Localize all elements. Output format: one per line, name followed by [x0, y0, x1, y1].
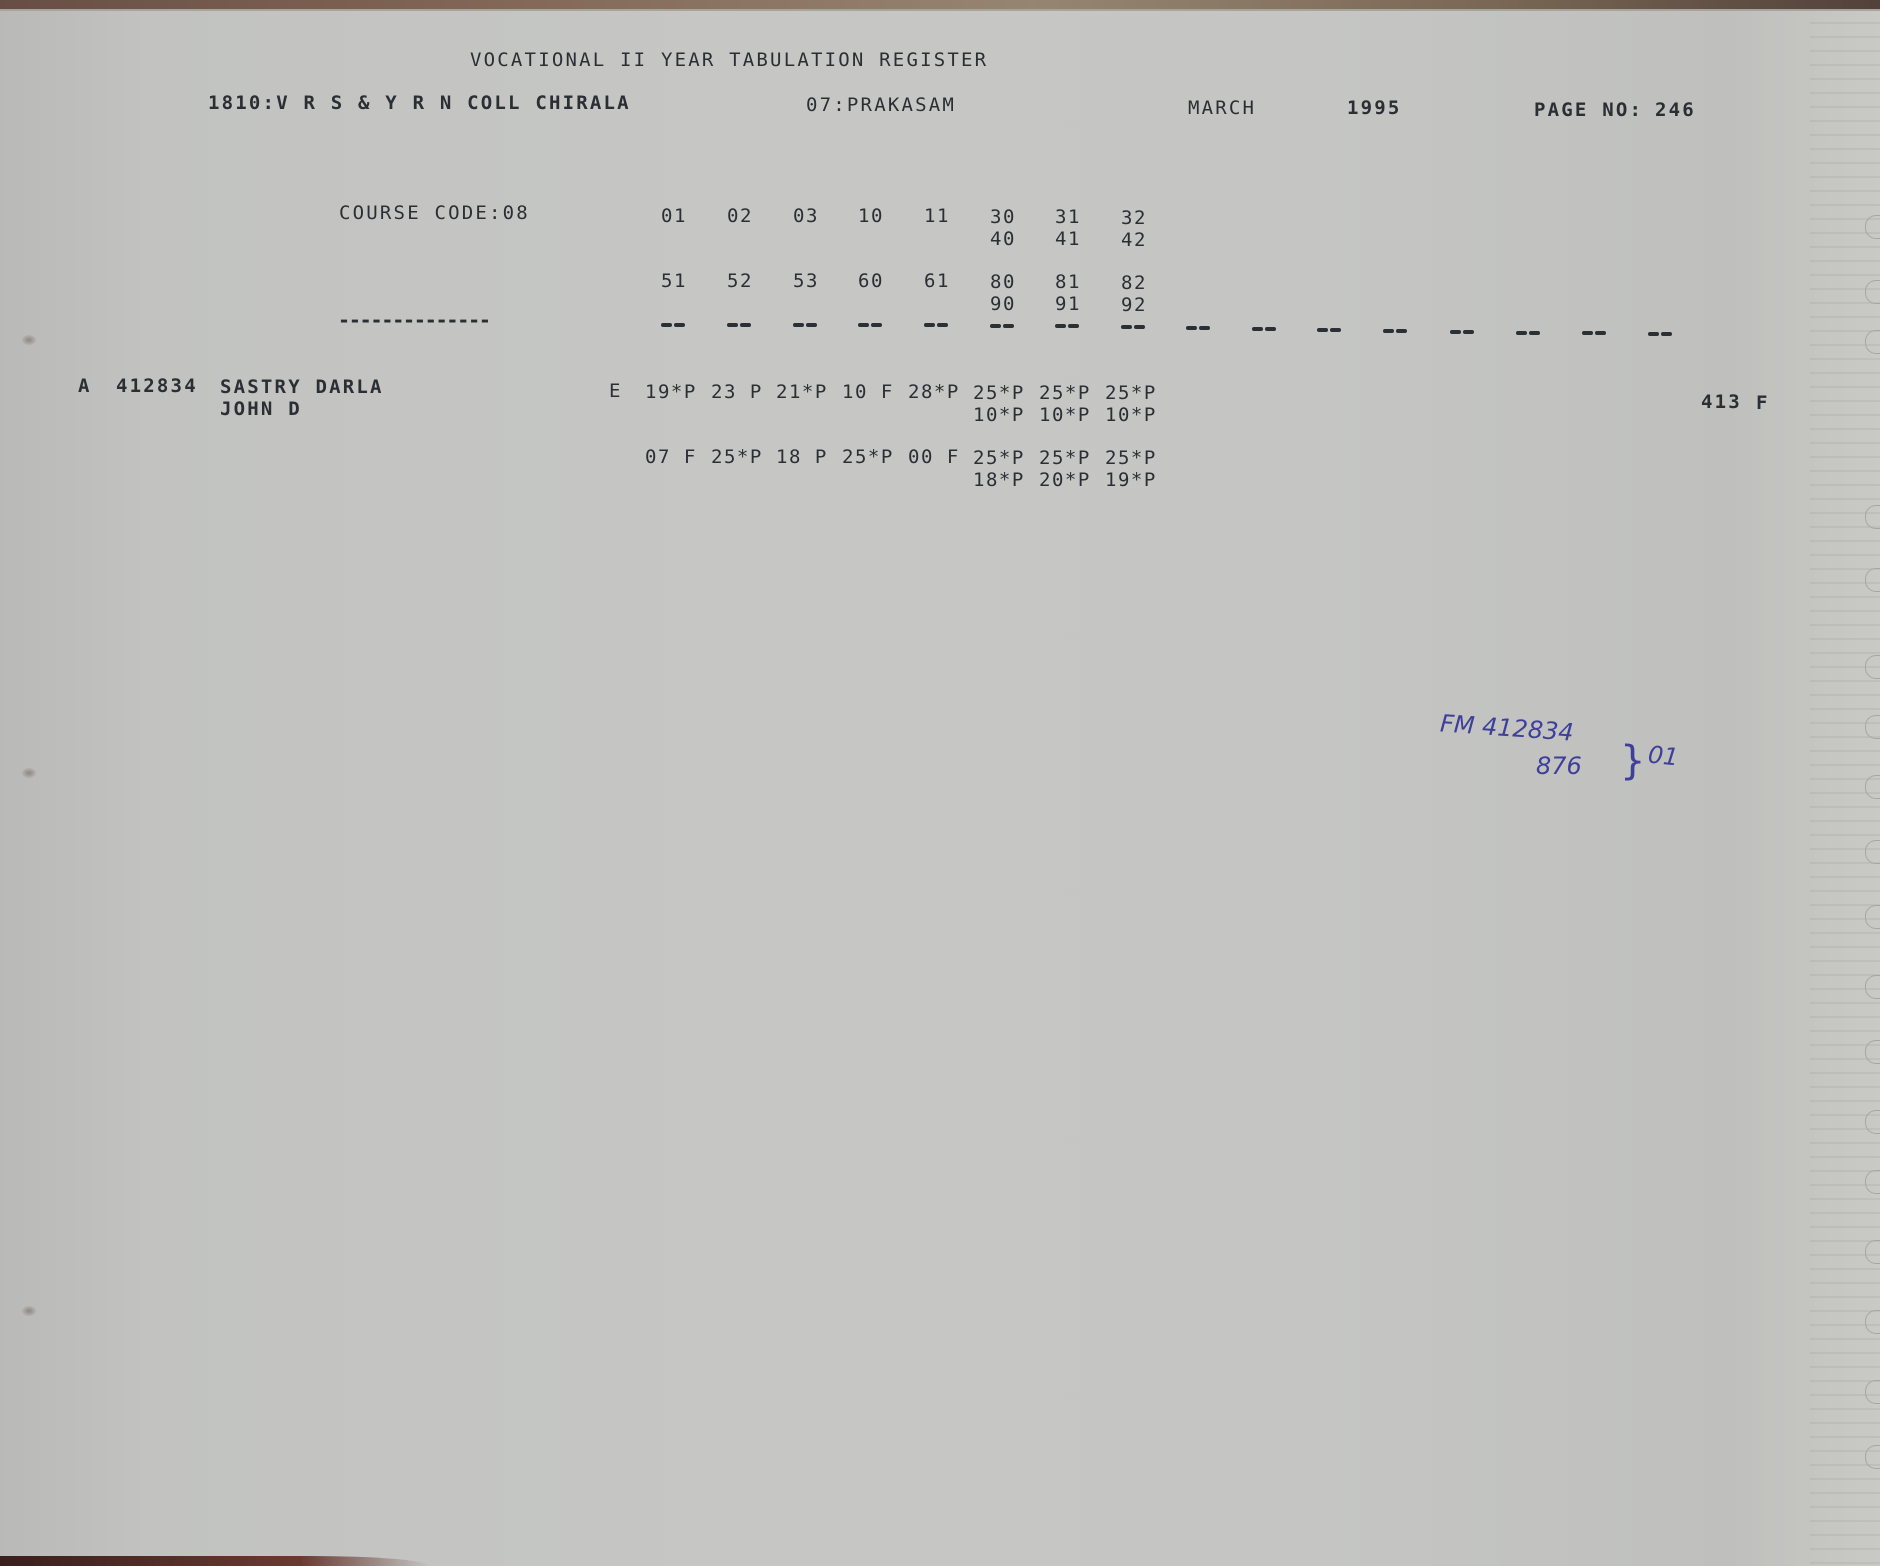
exam-month: MARCH — [1188, 98, 1256, 118]
mark-cell: 00 F — [908, 446, 960, 468]
mark-cell: 25*P — [973, 382, 1025, 404]
subject-code: 61 — [924, 270, 950, 292]
binding-corner-bottom — [0, 1556, 430, 1566]
mark-sub-cell: 10*P — [1105, 404, 1157, 426]
mark-sub-cell: 18*P — [973, 469, 1025, 491]
annotation-line2: 876 — [1536, 752, 1582, 780]
subject-code: 11 — [924, 205, 950, 227]
subject-code: 53 — [793, 270, 819, 292]
punch-hole — [1865, 505, 1880, 529]
mark-sub-cell: 20*P — [1039, 469, 1091, 491]
mark-cell: 25*P — [973, 447, 1025, 469]
scanned-register-page: VOCATIONAL II YEAR TABULATION REGISTER 1… — [0, 0, 1880, 1566]
medium-code: E — [609, 381, 623, 401]
annotation-code: 01 — [1647, 740, 1680, 771]
page-number: 246 — [1655, 100, 1696, 120]
mark-cell: 28*P — [908, 381, 960, 403]
punch-hole — [1865, 775, 1880, 799]
college-name: 1810:V R S & Y R N COLL CHIRALA — [208, 93, 631, 113]
binding-edge-top — [0, 0, 1880, 9]
exam-year: 1995 — [1347, 98, 1402, 118]
punch-hole — [1865, 1170, 1880, 1194]
subject-code: 32 — [1121, 207, 1147, 229]
punch-hole — [1865, 1380, 1880, 1404]
punch-hole — [1865, 655, 1880, 679]
subject-code: 80 — [990, 271, 1016, 293]
subject-sub-code: 92 — [1121, 294, 1147, 316]
paper-edge-line — [0, 9, 1880, 11]
mark-cell: 25*P — [711, 446, 763, 468]
mark-sub-cell: 19*P — [1105, 469, 1157, 491]
subject-code: 31 — [1055, 206, 1081, 228]
punch-hole — [1865, 1040, 1880, 1064]
total-marks: 413 — [1701, 392, 1742, 412]
mark-cell: 25*P — [1039, 447, 1091, 469]
subject-code: 03 — [793, 205, 819, 227]
annotation-brace: } — [1620, 738, 1645, 784]
course-code: COURSE CODE:08 — [339, 203, 530, 223]
punch-hole — [1865, 1445, 1880, 1469]
subject-sub-code: 91 — [1055, 293, 1081, 315]
mark-cell: 25*P — [1039, 382, 1091, 404]
annotation-line1: FM 412834 — [1439, 709, 1574, 746]
hall-ticket-number: 412834 — [116, 376, 198, 396]
mark-cell: 18 P — [776, 446, 828, 468]
subject-code: 02 — [727, 205, 753, 227]
subject-code: 81 — [1055, 271, 1081, 293]
student-name-line1: SASTRY DARLA — [220, 377, 384, 397]
punch-hole — [1865, 568, 1880, 592]
page-number-label: PAGE NO: — [1534, 100, 1643, 120]
subject-code: 10 — [858, 205, 884, 227]
mark-cell: 25*P — [842, 446, 894, 468]
subject-code: 52 — [727, 270, 753, 292]
margin-mark — [22, 335, 36, 345]
mark-cell: 07 F — [645, 446, 697, 468]
mark-cell: 23 P — [711, 381, 763, 403]
subject-sub-code: 42 — [1121, 229, 1147, 251]
margin-mark — [22, 1306, 36, 1316]
mark-cell: 25*P — [1105, 382, 1157, 404]
margin-mark — [22, 768, 36, 778]
punch-hole — [1865, 715, 1880, 739]
punch-hole — [1865, 840, 1880, 864]
record-grade-letter: A — [78, 376, 92, 396]
punch-hole — [1865, 975, 1880, 999]
name-column-separator: -------------- — [338, 310, 490, 330]
subject-sub-code: 90 — [990, 293, 1016, 315]
handwritten-annotation: FM 412834 876 } 01 — [1430, 708, 1710, 798]
subject-code: 30 — [990, 206, 1016, 228]
mark-sub-cell: 10*P — [1039, 404, 1091, 426]
punch-hole — [1865, 1240, 1880, 1264]
punch-hole — [1865, 280, 1880, 304]
punch-hole — [1865, 330, 1880, 354]
subject-sub-code: 41 — [1055, 228, 1081, 250]
punch-hole — [1865, 905, 1880, 929]
subject-code: 51 — [661, 270, 687, 292]
subject-code: 01 — [661, 205, 687, 227]
punch-hole — [1865, 1310, 1880, 1334]
mark-sub-cell: 10*P — [973, 404, 1025, 426]
subject-sub-code: 40 — [990, 228, 1016, 250]
punch-hole — [1865, 1110, 1880, 1134]
student-name-line2: JOHN D — [220, 399, 302, 419]
mark-cell: 19*P — [645, 381, 697, 403]
mark-cell: 21*P — [776, 381, 828, 403]
mark-cell: 25*P — [1105, 447, 1157, 469]
result-status: F — [1756, 393, 1770, 413]
register-title: VOCATIONAL II YEAR TABULATION REGISTER — [470, 50, 988, 70]
subject-code: 82 — [1121, 272, 1147, 294]
district-name: 07:PRAKASAM — [806, 95, 956, 115]
mark-cell: 10 F — [842, 381, 894, 403]
subject-code: 60 — [858, 270, 884, 292]
punch-hole — [1865, 215, 1880, 239]
